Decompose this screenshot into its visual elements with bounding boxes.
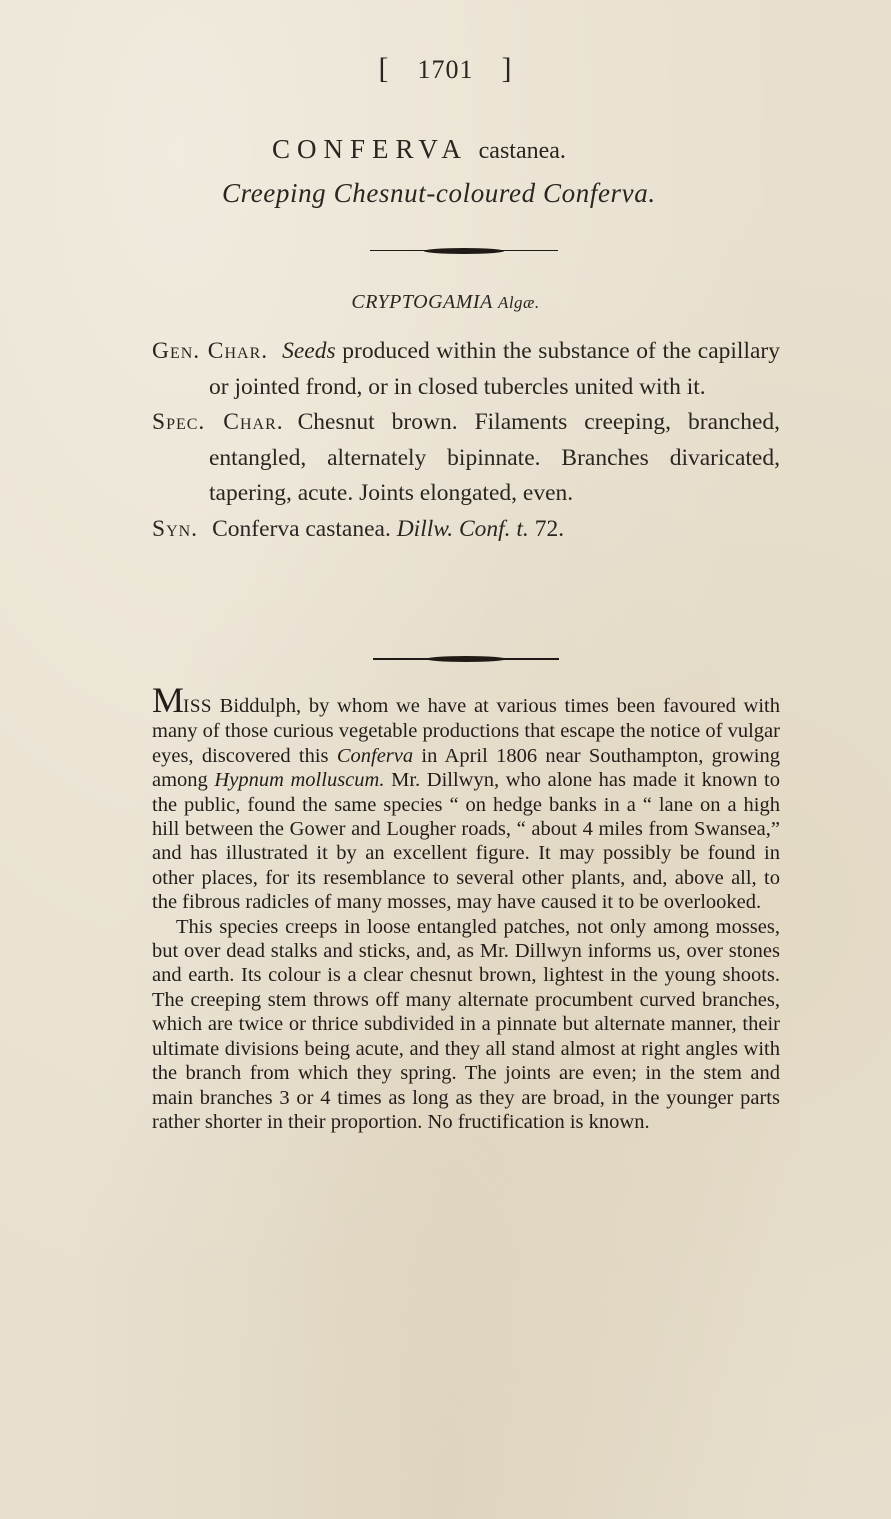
generic-character-lead: Seeds bbox=[282, 338, 336, 364]
close-bracket: ] bbox=[502, 52, 513, 85]
description-paragraph-2: This species creeps in loose entangled p… bbox=[152, 915, 780, 1135]
generic-character-label: Gen. Char. bbox=[152, 338, 268, 364]
species-title: CONFERVA castanea. bbox=[272, 134, 566, 165]
generic-character: Gen. Char.Seeds produced within the subs… bbox=[152, 334, 780, 405]
specific-character-label: Spec. Char. bbox=[152, 409, 284, 435]
genus-name: CONFERVA bbox=[272, 134, 468, 164]
open-bracket: [ bbox=[379, 52, 390, 85]
ornamental-divider-top bbox=[370, 250, 558, 251]
plate-number: [1701] bbox=[0, 52, 891, 86]
book-page: [1701] CONFERVA castanea. Creeping Chesn… bbox=[0, 0, 891, 1519]
synonym-reference-number: 72. bbox=[529, 516, 564, 542]
specific-character-text: Chesnut brown. Filaments creeping, branc… bbox=[209, 409, 780, 506]
divider-swell bbox=[424, 248, 504, 254]
drop-cap-rest: ISS bbox=[183, 696, 212, 717]
italic-species: Hypnum molluscum. bbox=[214, 769, 384, 791]
description-paragraph-1: MISS Biddulph, by whom we have at variou… bbox=[152, 690, 780, 915]
plate-number-value: 1701 bbox=[418, 55, 474, 84]
synonym: Syn.Conferva castanea. Dillw. Conf. t. 7… bbox=[152, 512, 780, 548]
synonym-text: Conferva castanea. bbox=[212, 516, 397, 542]
description-text: MISS Biddulph, by whom we have at variou… bbox=[152, 690, 780, 1134]
characters-block: Gen. Char.Seeds produced within the subs… bbox=[152, 334, 780, 547]
common-name: Creeping Chesnut-coloured Conferva. bbox=[222, 178, 656, 209]
divider-swell bbox=[426, 656, 506, 662]
italic-genus: Conferva bbox=[337, 745, 413, 767]
synonym-label: Syn. bbox=[152, 516, 198, 542]
drop-cap: M bbox=[152, 680, 183, 720]
order-name: Algæ. bbox=[498, 293, 540, 312]
class-name: CRYPTOGAMIA bbox=[351, 291, 492, 313]
classification: CRYPTOGAMIA Algæ. bbox=[0, 291, 891, 314]
synonym-reference: Dillw. Conf. t. bbox=[397, 516, 529, 542]
species-epithet: castanea. bbox=[479, 138, 566, 164]
ornamental-divider-bottom bbox=[373, 658, 559, 660]
specific-character: Spec. Char.Chesnut brown. Filaments cree… bbox=[152, 405, 780, 512]
